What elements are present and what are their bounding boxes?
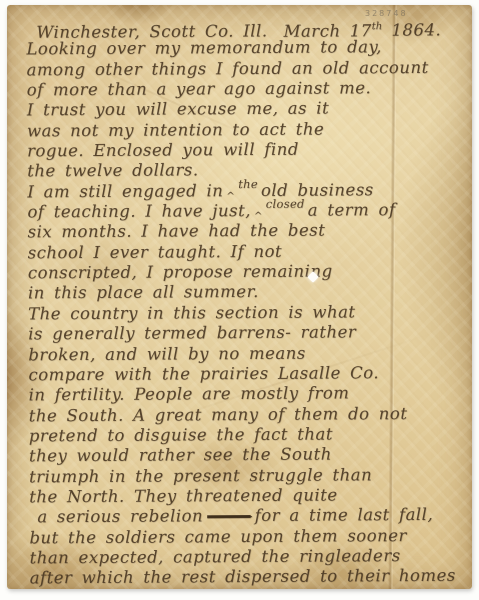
letter-line: but the soldiers came upon them sooner bbox=[29, 525, 471, 548]
letter-line: than expected, captured the ringleaders bbox=[29, 546, 471, 569]
letter-line: they would rather see the South bbox=[29, 444, 471, 467]
letter-line: in fertility. People are mostly from bbox=[29, 383, 471, 406]
line-text: a term of bbox=[308, 200, 396, 220]
letter-line: compare with the prairies Lasalle Co. bbox=[28, 362, 470, 385]
letter-line: school I ever taught. If not bbox=[28, 240, 470, 263]
letter-heading: Winchester, Scott Co. Ill.March 17th 186… bbox=[26, 17, 468, 40]
heading-date-superscript: th bbox=[372, 21, 383, 32]
line-text: of teaching. I have just, bbox=[27, 201, 251, 221]
heading-year: 1864. bbox=[391, 20, 441, 39]
letter-line-with-strikethrough: a serious rebelion———for a time last fal… bbox=[29, 505, 471, 528]
line-text: a serious rebelion bbox=[37, 507, 203, 527]
letter-line: pretend to disguise the fact that bbox=[29, 424, 471, 447]
insertion-caret: ^ bbox=[254, 207, 263, 227]
letter-line: six months. I have had the best bbox=[28, 220, 470, 243]
letter-line: the North. They threatened quite bbox=[29, 485, 471, 508]
inserted-word: closed bbox=[266, 194, 305, 215]
letter-line-with-insertion: I am still engaged in^theold business bbox=[27, 179, 469, 202]
struck-out-text: ——— bbox=[207, 506, 251, 525]
letter-line: the South. A great many of them do not bbox=[29, 403, 471, 426]
letter-line: is generally termed barrens- rather bbox=[28, 322, 470, 345]
letter-line: Looking over my memorandum to day, bbox=[26, 37, 468, 60]
letter-page: 328748 Winchester, Scott Co. Ill.March 1… bbox=[7, 5, 472, 589]
inserted-word: the bbox=[238, 174, 258, 194]
line-text: for a time last fall, bbox=[255, 505, 434, 525]
letter-line: broken, and will by no means bbox=[28, 342, 470, 365]
line-text: I am still engaged in bbox=[27, 181, 223, 201]
letter-line: I trust you will excuse me, as it bbox=[27, 98, 469, 121]
letter-line: of more than a year ago against me. bbox=[27, 78, 469, 101]
letter-line: conscripted, I propose remaining bbox=[28, 261, 470, 284]
letter-line: triumph in the present struggle than bbox=[29, 464, 471, 487]
letter-line: among other things I found an old accoun… bbox=[27, 57, 469, 80]
letter-line: The country in this section is what bbox=[28, 301, 470, 324]
letter-text: Winchester, Scott Co. Ill.March 17th 186… bbox=[26, 17, 471, 589]
letter-line: rogue. Enclosed you will find bbox=[27, 139, 469, 162]
letter-line-with-insertion: of teaching. I have just,^closeda term o… bbox=[27, 200, 469, 223]
letter-line: was not my intention to act the bbox=[27, 118, 469, 141]
letter-line: in this place all summer. bbox=[28, 281, 470, 304]
insertion-caret: ^ bbox=[226, 187, 235, 207]
letter-line: after which the rest dispersed to their … bbox=[30, 566, 472, 589]
